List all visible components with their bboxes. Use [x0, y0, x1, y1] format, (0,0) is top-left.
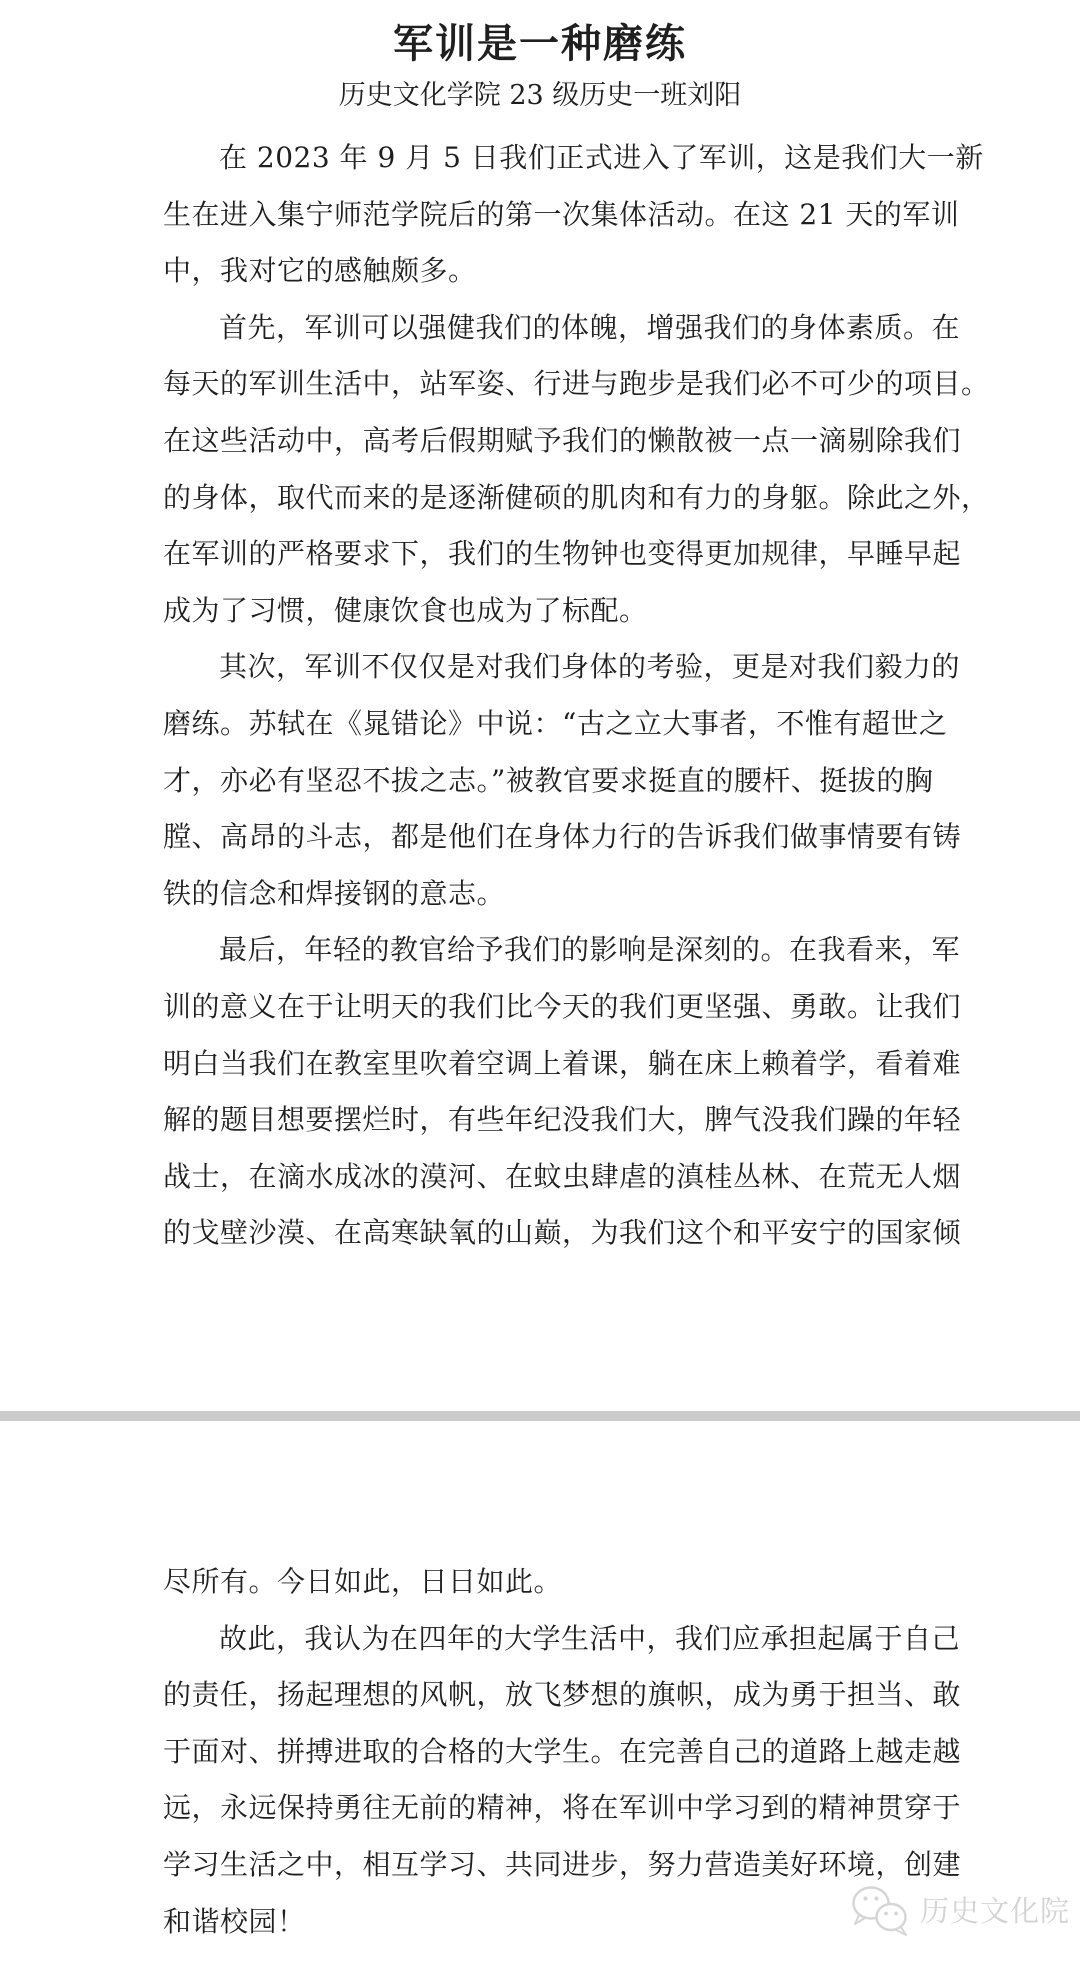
text-line: 在军训的严格要求下，我们的生物钟也变得更加规律，早睡早起 [163, 526, 953, 583]
text-line: 铁的信念和焊接钢的意志。 [163, 866, 953, 923]
watermark-label: 历史文化院 [920, 1885, 1070, 1937]
document-page: 军训是一种磨练 历史文化学院 23 级历史一班刘阳 在 2023 年 9 月 5… [0, 0, 1080, 1963]
text-line: 成为了习惯，健康饮食也成为了标配。 [163, 583, 953, 640]
text-line: 学习生活之中，相互学习、共同进步，努力营造美好环境，创建 [163, 1837, 953, 1894]
text-line: 故此，我认为在四年的大学生活中，我们应承担起属于自己 [163, 1611, 953, 1668]
text-line: 和谐校园！ [163, 1894, 953, 1951]
page-title: 军训是一种磨练 [0, 16, 1080, 72]
text-line: 在 2023 年 9 月 5 日我们正式进入了军训，这是我们大一新 [163, 130, 953, 187]
page1-text: 在 2023 年 9 月 5 日我们正式进入了军训，这是我们大一新生在进入集宁师… [163, 130, 953, 1262]
text-line: 明白当我们在教室里吹着空调上着课，躺在床上赖着学，看着难 [163, 1036, 953, 1093]
text-line: 最后，年轻的教官给予我们的影响是深刻的。在我看来，军 [163, 922, 953, 979]
wechat-icon [850, 1884, 914, 1938]
text-line: 尽所有。今日如此，日日如此。 [163, 1554, 953, 1611]
text-line: 的责任，扬起理想的风帆，放飞梦想的旗帜，成为勇于担当、敢 [163, 1667, 953, 1724]
text-line: 的戈壁沙漠、在高寒缺氧的山巅，为我们这个和平安宁的国家倾 [163, 1205, 953, 1262]
text-line: 战士，在滴水成冰的漠河、在蚊虫肆虐的滇桂丛林、在荒无人烟 [163, 1149, 953, 1206]
text-line: 磨练。苏轼在《晁错论》中说：“古之立大事者，不惟有超世之 [163, 696, 953, 753]
text-line: 首先，军训可以强健我们的体魄，增强我们的身体素质。在 [163, 300, 953, 357]
text-line: 膛、高昂的斗志，都是他们在身体力行的告诉我们做事情要有铸 [163, 809, 953, 866]
text-line: 生在进入集宁师范学院后的第一次集体活动。在这 21 天的军训 [163, 187, 953, 244]
text-line: 才，亦必有坚忍不拔之志。”被教官要求挺直的腰杆、挺拔的胸 [163, 753, 953, 810]
text-line: 于面对、拼搏进取的合格的大学生。在完善自己的道路上越走越 [163, 1724, 953, 1781]
text-line: 的身体，取代而来的是逐渐健硕的肌肉和有力的身躯。除此之外， [163, 470, 953, 527]
text-line: 解的题目想要摆烂时，有些年纪没我们大，脾气没我们躁的年轻 [163, 1092, 953, 1149]
page-break-divider [0, 1411, 1080, 1421]
byline: 历史文化学院 23 级历史一班刘阳 [0, 78, 1080, 114]
page2-text: 尽所有。今日如此，日日如此。故此，我认为在四年的大学生活中，我们应承担起属于自己… [163, 1554, 953, 1950]
watermark: 历史文化院 [850, 1884, 1070, 1938]
text-line: 远，永远保持勇往无前的精神，将在军训中学习到的精神贯穿于 [163, 1780, 953, 1837]
text-line: 训的意义在于让明天的我们比今天的我们更坚强、勇敢。让我们 [163, 979, 953, 1036]
text-line: 在这些活动中，高考后假期赋予我们的懒散被一点一滴剔除我们 [163, 413, 953, 470]
text-line: 其次，军训不仅仅是对我们身体的考验，更是对我们毅力的 [163, 639, 953, 696]
text-line: 中，我对它的感触颇多。 [163, 243, 953, 300]
text-line: 每天的军训生活中，站军姿、行进与跑步是我们必不可少的项目。 [163, 356, 953, 413]
